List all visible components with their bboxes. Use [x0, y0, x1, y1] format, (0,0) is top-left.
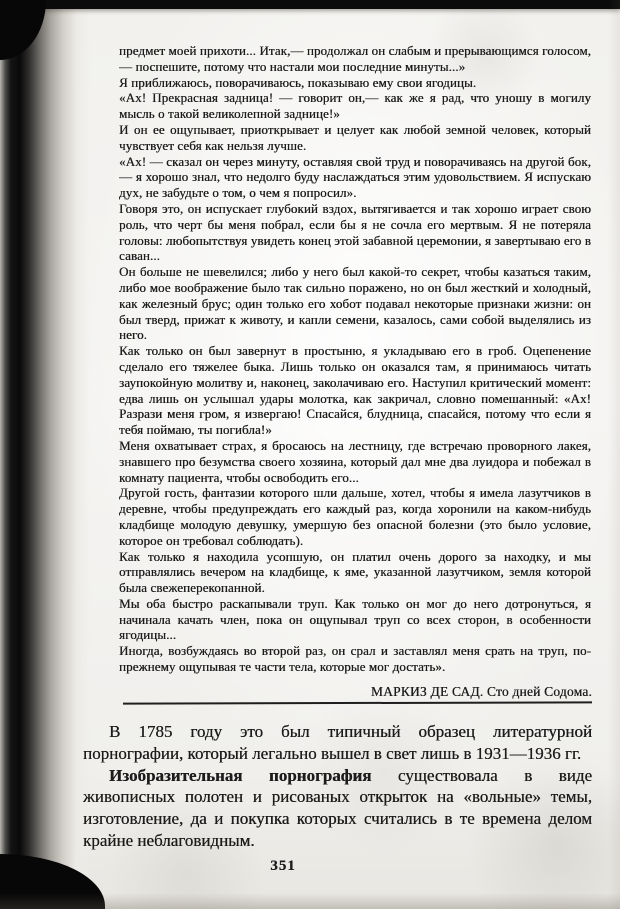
body-paragraph-1: В 1785 году это был типичный образец лит…: [83, 721, 592, 765]
scanned-book-page: предмет моей прихоти... Итак,— продолжал…: [0, 0, 620, 909]
page-number: 351: [0, 858, 566, 875]
body-paragraph-2: Изобразительная порнография существовала…: [83, 765, 592, 852]
quote-paragraph: Меня охватывает страх, я бросаюсь на лес…: [119, 438, 591, 485]
quote-paragraph: Другой гость, фантазии которого шли даль…: [119, 485, 591, 548]
quote-paragraph: Я приближаюсь, поворачиваюсь, показываю …: [119, 75, 591, 91]
quote-paragraph: «Ах! Прекрасная задница! — говорит он,— …: [119, 90, 591, 122]
body-paragraph-2-bold-lead: Изобразительная порнография: [109, 766, 371, 785]
body-text: В 1785 году это был типичный образец лит…: [83, 721, 592, 852]
quote-paragraph: Мы оба быстро раскапывали труп. Как толь…: [119, 596, 591, 643]
book-spine-shadow: [0, 0, 90, 909]
quote-attribution: МАРКИЗ ДЕ САД. Сто дней Содома.: [371, 684, 592, 700]
section-divider: [123, 701, 592, 704]
quote-paragraph: Иногда, возбуждаясь во второй раз, он ср…: [119, 643, 591, 675]
quote-paragraph: Как только я находила усопшую, он платил…: [119, 549, 591, 596]
quote-block: предмет моей прихоти... Итак,— продолжал…: [119, 43, 591, 683]
quote-paragraph: Он больше не шевелился; либо у него был …: [119, 264, 591, 343]
quote-paragraph: Как только он был завернут в простыню, я…: [119, 343, 591, 438]
quote-paragraph: предмет моей прихоти... Итак,— продолжал…: [119, 43, 591, 75]
scan-bottom-grain: [0, 893, 620, 909]
scan-top-edge: [0, 0, 620, 9]
scan-right-grain: [608, 0, 620, 909]
quote-paragraph: Говоря это, он испускает глубокий вздох,…: [119, 201, 591, 264]
quote-paragraph: «Ах! — сказал он через минуту, оставляя …: [119, 154, 591, 201]
quote-paragraph: И он ее ощупывает, приоткрывает и целует…: [119, 122, 591, 154]
